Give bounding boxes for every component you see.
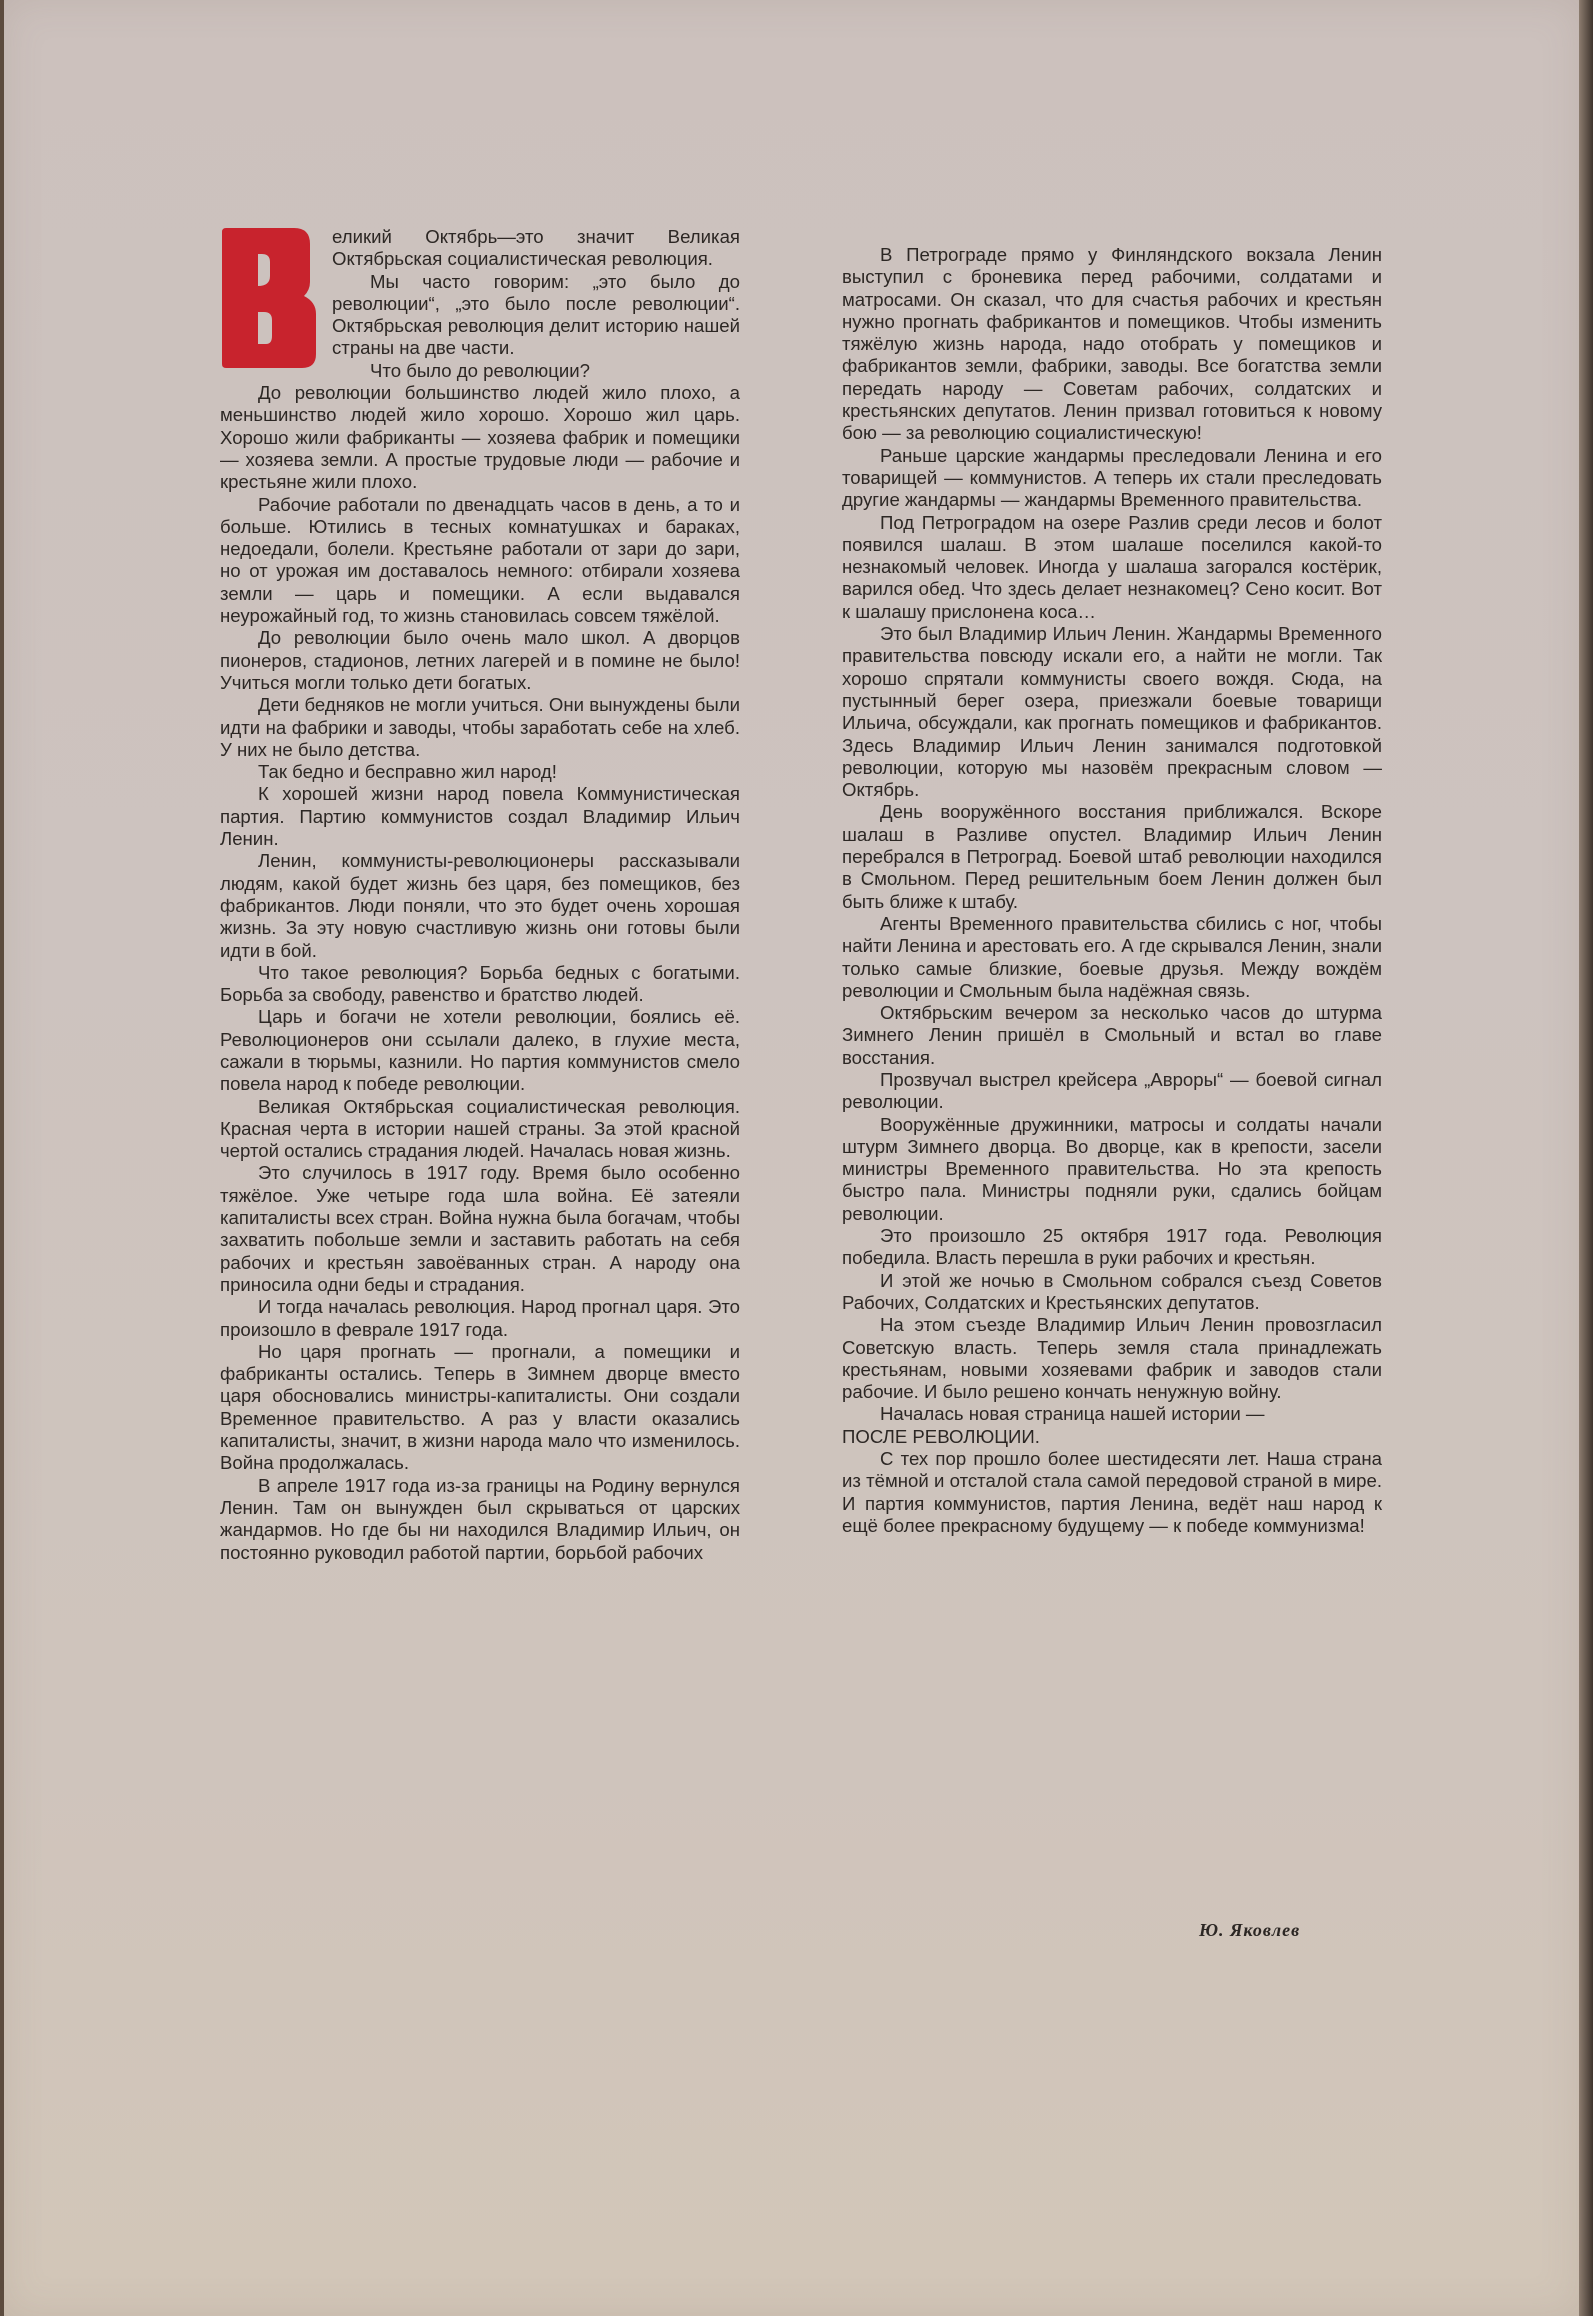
paragraph: К хорошей жизни народ повела Коммунистич… xyxy=(220,783,740,850)
paragraph: Это произошло 25 октября 1917 года. Рево… xyxy=(842,1225,1382,1270)
paragraph: ПОСЛЕ РЕВОЛЮЦИИ. xyxy=(842,1426,1382,1448)
paragraph: До революции было очень мало школ. А дво… xyxy=(220,627,740,694)
paragraph: Так бедно и бесправно жил народ! xyxy=(220,761,740,783)
book-page: еликий Октябрь—это значит Великая Октябр… xyxy=(4,0,1580,2316)
paragraph: До революции большинство людей жило плох… xyxy=(220,382,740,493)
right-text-column: В Петрограде прямо у Финляндского вокзал… xyxy=(842,244,1382,1537)
paragraph: В апреле 1917 года из-за границы на Роди… xyxy=(220,1475,740,1564)
paragraph: Вооружённые дружинники, матросы и солдат… xyxy=(842,1114,1382,1225)
paragraph: Агенты Временного правительства сбились … xyxy=(842,913,1382,1002)
paragraph: В Петрограде прямо у Финляндского вокзал… xyxy=(842,244,1382,445)
paragraph: Царь и богачи не хотели революции, бояли… xyxy=(220,1006,740,1095)
paragraph: Ленин, коммунисты-революционеры рассказы… xyxy=(220,850,740,961)
paragraph: Рабочие работали по двенадцать часов в д… xyxy=(220,494,740,628)
drop-cap-v-icon xyxy=(220,226,318,370)
paragraph: И тогда началась революция. Народ прогна… xyxy=(220,1296,740,1341)
author-signature: Ю. Яковлев xyxy=(1199,1920,1300,1941)
paragraph: Великая Октябрьская социалистическая рев… xyxy=(220,1096,740,1163)
paragraph: Это случилось в 1917 году. Время было ос… xyxy=(220,1162,740,1296)
paragraph: И этой же ночью в Смольном собрался съез… xyxy=(842,1270,1382,1315)
paragraph: День вооружённого восстания приближался.… xyxy=(842,801,1382,912)
left-text-column: еликий Октябрь—это значит Великая Октябр… xyxy=(220,226,740,1564)
paragraph: Дети бедняков не могли учиться. Они выну… xyxy=(220,694,740,761)
paragraph: Началась новая страница нашей истории — xyxy=(842,1403,1382,1425)
paragraph: С тех пор прошло более шестидесяти лет. … xyxy=(842,1448,1382,1537)
paragraph: Что такое революция? Борьба бедных с бог… xyxy=(220,962,740,1007)
page-edge-right xyxy=(1579,0,1593,2316)
paragraph: Но царя прогнать — прогнали, а помещики … xyxy=(220,1341,740,1475)
paragraph: Раньше царские жандармы преследовали Лен… xyxy=(842,445,1382,512)
paragraph: Прозвучал выстрел крейсера „Авроры“ — бо… xyxy=(842,1069,1382,1114)
paragraph: Под Петроградом на озере Разлив среди ле… xyxy=(842,512,1382,623)
paragraph: На этом съезде Владимир Ильич Ленин пров… xyxy=(842,1314,1382,1403)
paragraph: Октябрьским вечером за несколько часов д… xyxy=(842,1002,1382,1069)
paragraph: Это был Владимир Ильич Ленин. Жандармы В… xyxy=(842,623,1382,801)
drop-cap-letter xyxy=(220,226,318,370)
